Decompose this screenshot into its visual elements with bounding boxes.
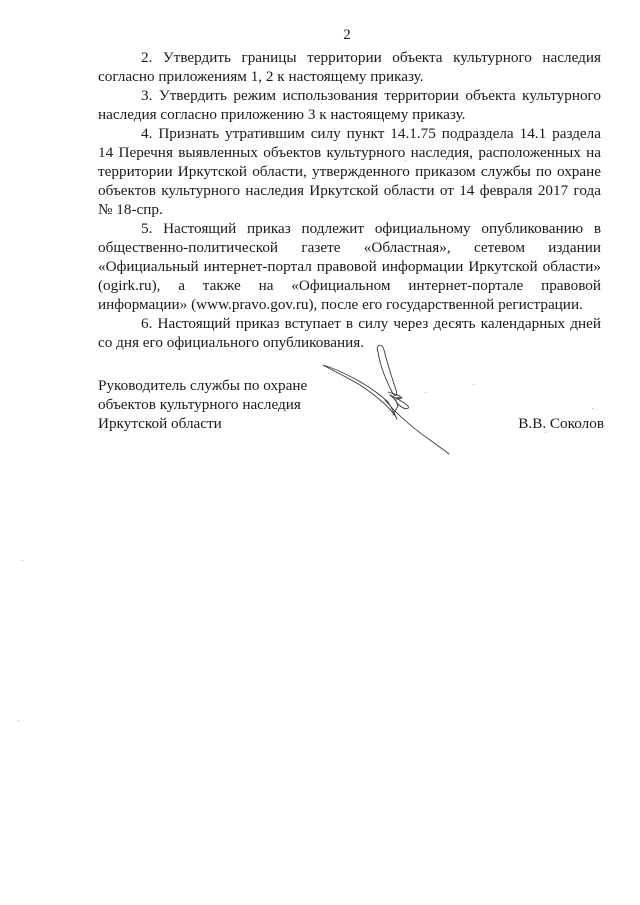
paragraph-4: 4. Признать утратившим силу пункт 14.1.7… <box>98 124 601 219</box>
scan-speck <box>425 392 426 393</box>
paragraph-2: 2. Утвердить границы территории объекта … <box>98 48 601 86</box>
paragraph-5: 5. Настоящий приказ подлежит официальном… <box>98 219 601 314</box>
scan-speck <box>18 720 19 721</box>
document-body: 2. Утвердить границы территории объекта … <box>98 48 601 352</box>
signatory-name: В.В. Соколов <box>512 414 604 433</box>
scan-speck <box>545 432 546 433</box>
position-line: Руководитель службы по охране <box>98 376 338 395</box>
scan-speck <box>405 160 406 161</box>
scan-speck <box>592 408 593 409</box>
signature-icon <box>320 340 460 470</box>
signatory-position: Руководитель службы по охране объектов к… <box>98 376 338 433</box>
paragraph-3: 3. Утвердить режим использования террито… <box>98 86 601 124</box>
scan-speck <box>22 560 23 561</box>
position-line: Иркутской области <box>98 414 338 433</box>
page-number: 2 <box>0 26 640 45</box>
position-line: объектов культурного наследия <box>98 395 338 414</box>
scan-speck <box>473 384 474 385</box>
